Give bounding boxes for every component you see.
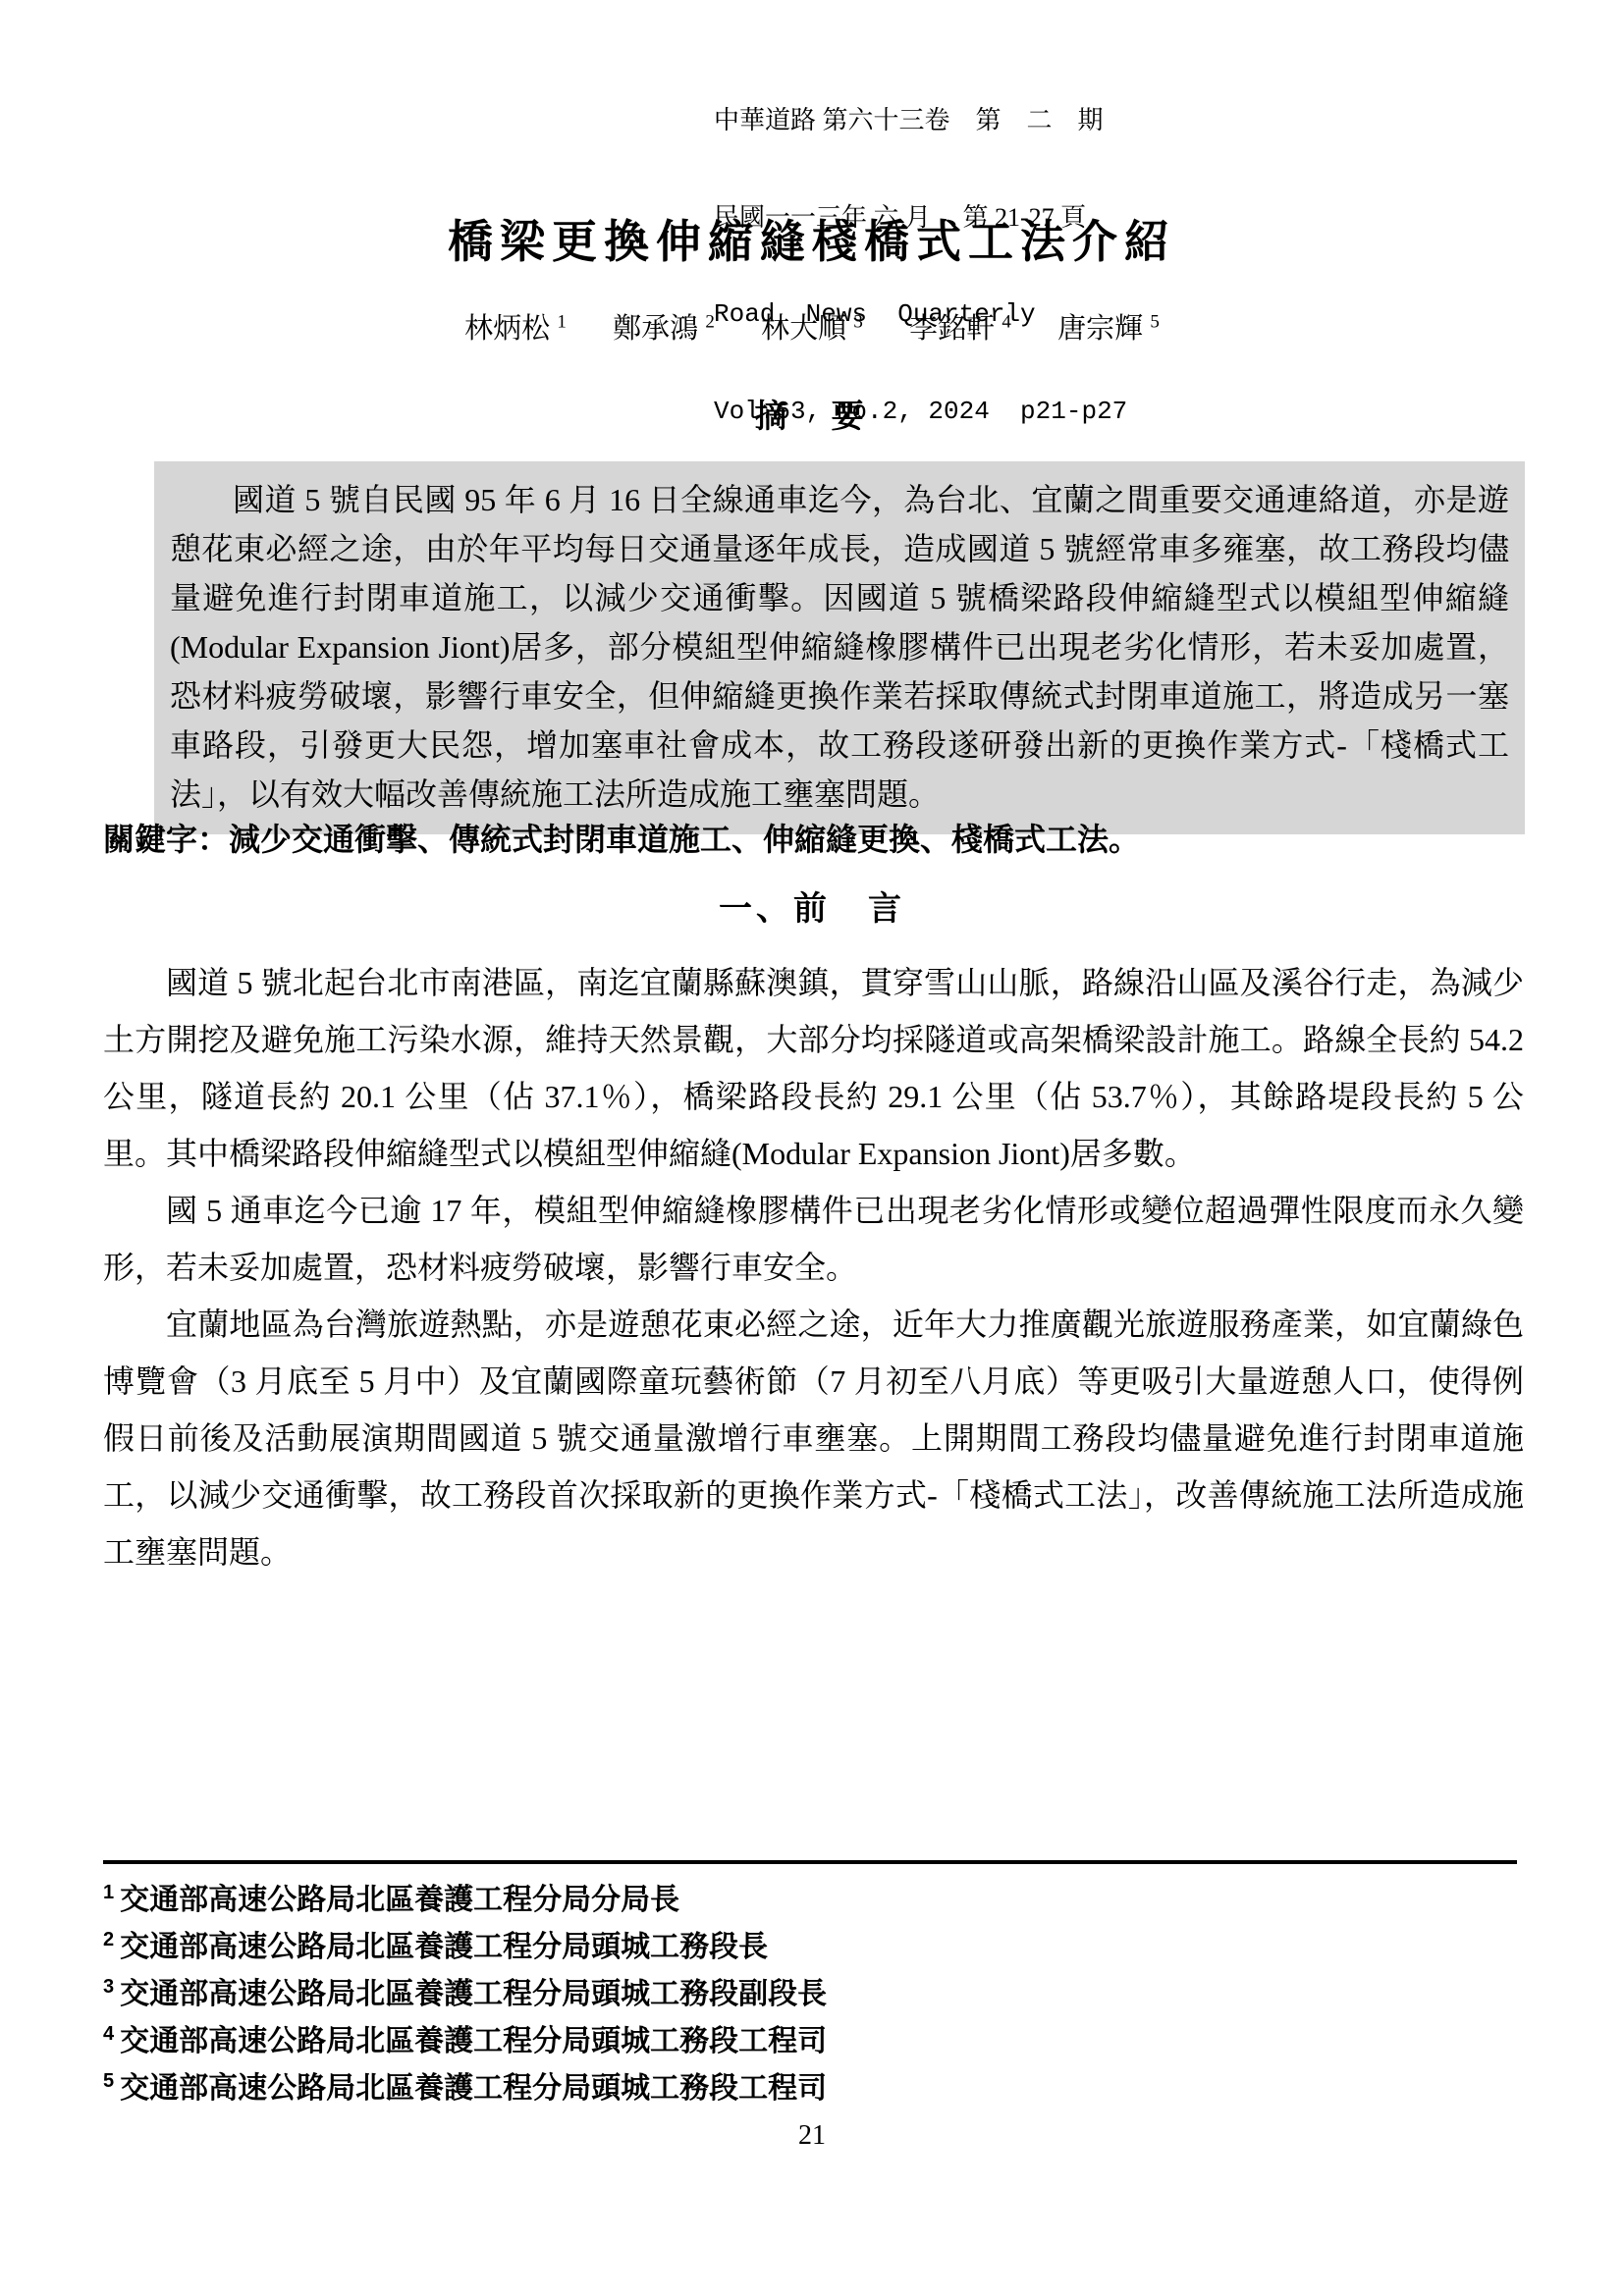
abstract-heading: 摘 要: [0, 391, 1624, 437]
author-list: 林炳松 1 鄭承鴻 2 林大順 3 李銘軒 4 唐宗輝 5: [0, 306, 1624, 347]
paper-title: 橋梁更換伸縮縫棧橋式工法介紹: [0, 206, 1624, 271]
author: 李銘軒 4: [909, 313, 1011, 345]
footnote-text: 交通部高速公路局北區養護工程分局分局長: [120, 1884, 679, 1916]
footnote-number: 1: [103, 1882, 114, 1903]
author-name: 林大順: [761, 313, 846, 345]
author-name: 唐宗輝: [1057, 313, 1143, 345]
author: 林炳松 1: [464, 313, 567, 345]
author-footnote-ref: 3: [853, 311, 863, 332]
footnote-number: 4: [103, 2023, 114, 2045]
paragraph-1: 國道 5 號北起台北市南港區，南迄宜蘭縣蘇澳鎮，貫穿雪山山脈，路線沿山區及溪谷行…: [103, 954, 1524, 1182]
author: 鄭承鴻 2: [613, 313, 715, 345]
footnote-number: 5: [103, 2070, 114, 2092]
abstract-box: 國道 5 號自民國 95 年 6 月 16 日全線通車迄今，為台北、宜蘭之間重要…: [154, 461, 1525, 834]
author-footnote-ref: 5: [1150, 311, 1160, 332]
author-footnote-ref: 2: [705, 311, 715, 332]
footnote-1: 1交通部高速公路局北區養護工程分局分局長: [103, 1873, 1522, 1920]
footnote-divider: [103, 1860, 1517, 1864]
journal-title-volume: 中華道路 第六十三卷 第 二 期: [714, 104, 1127, 136]
abstract-text: 國道 5 號自民國 95 年 6 月 16 日全線通車迄今，為台北、宜蘭之間重要…: [170, 475, 1509, 819]
footnote-3: 3交通部高速公路局北區養護工程分局頭城工務段副段長: [103, 1967, 1522, 2014]
paragraph-2: 國 5 通車迄今已逾 17 年，模組型伸縮縫橡膠構件已出現老劣化情形或變位超過彈…: [103, 1182, 1524, 1296]
author: 林大順 3: [761, 313, 863, 345]
author-name: 林炳松: [464, 313, 550, 345]
footnote-number: 2: [103, 1929, 114, 1950]
author-name: 鄭承鴻: [613, 313, 698, 345]
keywords-line: 關鍵字：減少交通衝擊、傳統式封閉車道施工、伸縮縫更換、棧橋式工法。: [103, 815, 1522, 860]
author: 唐宗輝 5: [1057, 313, 1160, 345]
author-name: 李銘軒: [909, 313, 995, 345]
footnote-4: 4交通部高速公路局北區養護工程分局頭城工務段工程司: [103, 2014, 1522, 2061]
introduction-body: 國道 5 號北起台北市南港區，南迄宜蘭縣蘇澳鎮，貫穿雪山山脈，路線沿山區及溪谷行…: [103, 954, 1524, 1580]
footnote-text: 交通部高速公路局北區養護工程分局頭城工務段副段長: [120, 1978, 827, 2010]
section-heading-introduction: 一、前 言: [0, 881, 1624, 930]
footnote-text: 交通部高速公路局北區養護工程分局頭城工務段工程司: [120, 2025, 827, 2057]
paper-page: 中華道路 第六十三卷 第 二 期 民國一一三年 六 月 第 21-27 頁 Ro…: [0, 0, 1624, 2296]
footnote-5: 5交通部高速公路局北區養護工程分局頭城工務段工程司: [103, 2061, 1522, 2109]
footnote-text: 交通部高速公路局北區養護工程分局頭城工務段工程司: [120, 2072, 827, 2105]
paragraph-3: 宜蘭地區為台灣旅遊熱點，亦是遊憩花東必經之途，近年大力推廣觀光旅遊服務產業，如宜…: [103, 1296, 1524, 1580]
footnote-number: 3: [103, 1976, 114, 1998]
author-footnote-ref: 4: [1001, 311, 1011, 332]
footnote-2: 2交通部高速公路局北區養護工程分局頭城工務段長: [103, 1920, 1522, 1967]
footnote-text: 交通部高速公路局北區養護工程分局頭城工務段長: [120, 1931, 768, 1963]
footnotes: 1交通部高速公路局北區養護工程分局分局長 2交通部高速公路局北區養護工程分局頭城…: [103, 1873, 1522, 2109]
page-number: 21: [0, 2120, 1624, 2152]
author-footnote-ref: 1: [557, 311, 567, 332]
